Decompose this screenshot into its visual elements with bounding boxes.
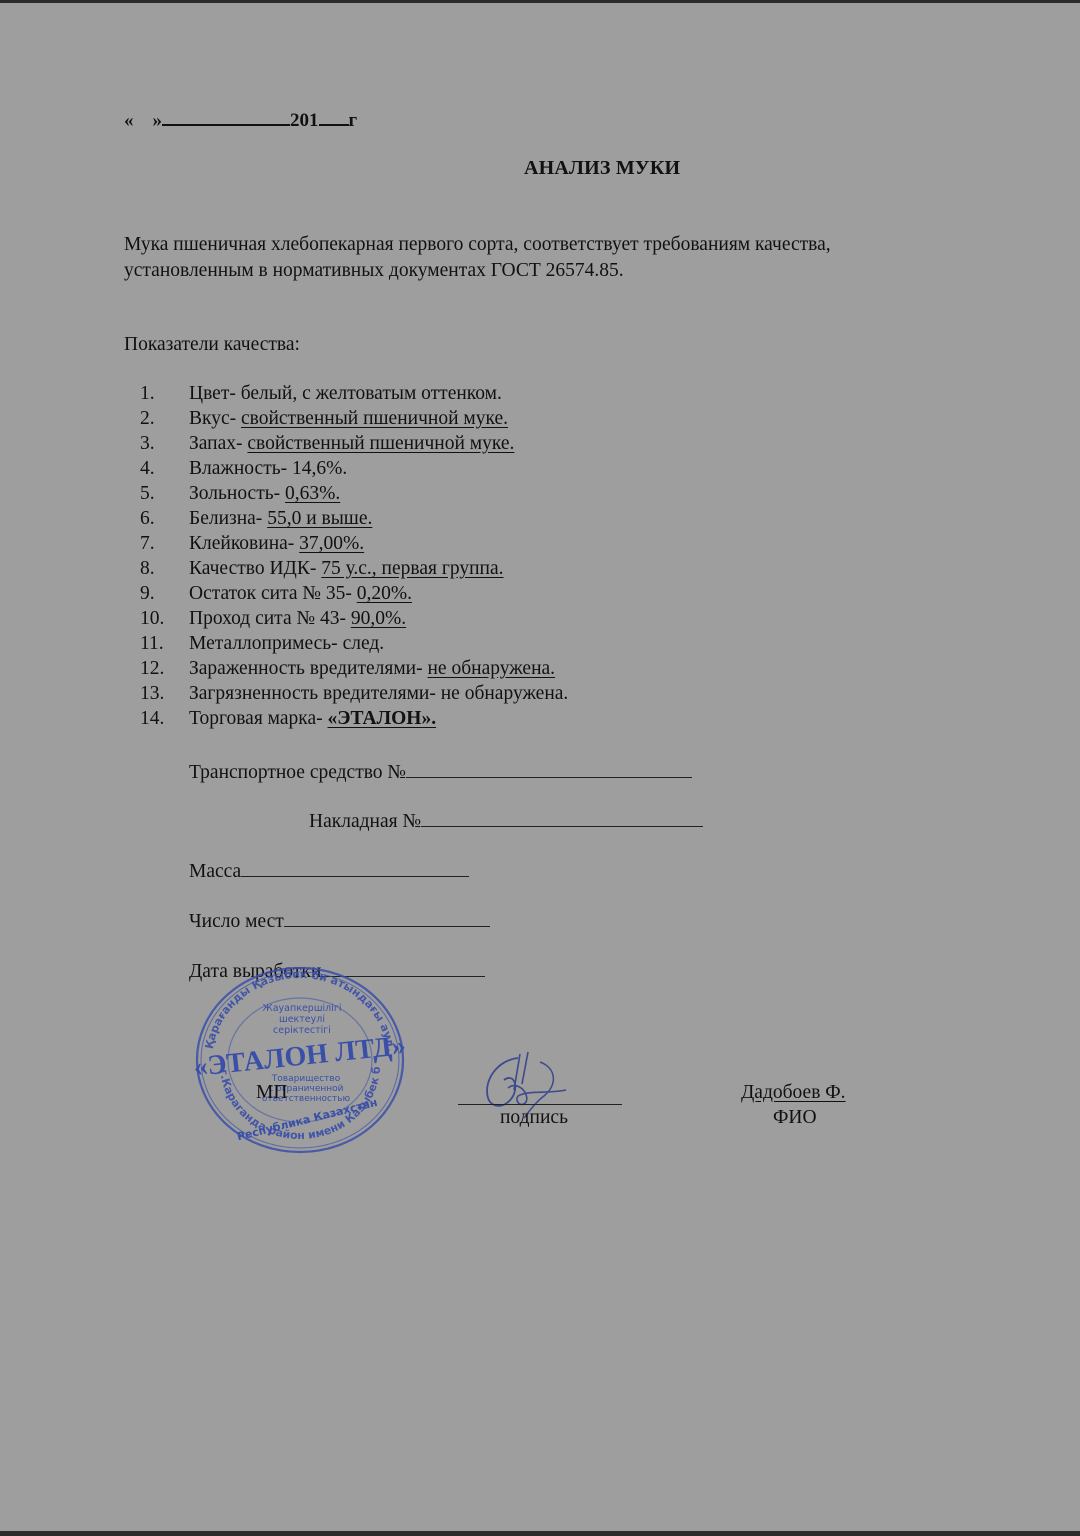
- invoice-field: Накладная №: [309, 809, 703, 833]
- signer-name: Дадобоев Ф.: [741, 1082, 846, 1104]
- date-blank: [162, 108, 290, 126]
- indicator-item: 5.Зольность- 0,63%.: [140, 481, 568, 506]
- signer-name-caption: ФИО: [773, 1107, 817, 1129]
- indicator-item: 8.Качество ИДК- 75 у.с., первая группа.: [140, 556, 568, 581]
- date-year-prefix: 201: [290, 110, 319, 131]
- svg-text:шектеулі: шектеулі: [279, 1014, 325, 1025]
- indicator-item: 6.Белизна- 55,0 и выше.: [140, 506, 568, 531]
- indicator-item: 2.Вкус- свойственный пшеничной муке.: [140, 406, 568, 431]
- indicator-item: 3.Запах- свойственный пшеничной муке.: [140, 431, 568, 456]
- indicator-item: 14.Торговая марка- «ЭТАЛОН».: [140, 706, 568, 731]
- mass-field: Масса: [189, 859, 469, 883]
- indicator-item: 13.Загрязненность вредителями- не обнару…: [140, 681, 568, 706]
- invoice-blank: [421, 809, 703, 827]
- svg-text:Жауапкершілігі: Жауапкершілігі: [263, 1003, 342, 1014]
- signature-line: [458, 1104, 622, 1105]
- indicator-item: 10.Проход сита № 43- 90,0%.: [140, 606, 568, 631]
- date-close-quote: »: [153, 110, 163, 131]
- invoice-label: Накладная №: [309, 811, 421, 832]
- indicator-item: 7.Клейковина- 37,00%.: [140, 531, 568, 556]
- mass-blank: [241, 859, 469, 877]
- mass-label: Масса: [189, 861, 241, 882]
- transport-blank-1: [406, 760, 506, 778]
- indicator-item: 11.Металлопримесь- след.: [140, 631, 568, 656]
- indicator-item: 9.Остаток сита № 35- 0,20%.: [140, 581, 568, 606]
- places-blank: [284, 909, 490, 927]
- places-label: Число мест: [189, 911, 284, 932]
- trademark-value: «ЭТАЛОН».: [327, 708, 436, 729]
- indicator-item: 12.Зараженность вредителями- не обнаруже…: [140, 656, 568, 681]
- seal-place-label: МП: [256, 1082, 287, 1104]
- year-blank: [319, 108, 349, 126]
- company-stamp-icon: Қарағанды Қазыбек би атындағы ауд. г.Кар…: [190, 965, 410, 1155]
- transport-blank-2: [506, 760, 692, 778]
- indicators-heading: Показатели качества:: [124, 334, 300, 356]
- top-frame-strip: [0, 0, 1080, 3]
- places-field: Число мест: [189, 909, 490, 933]
- indicator-item: 4.Влажность- 14,6%.: [140, 456, 568, 481]
- intro-paragraph: Мука пшеничная хлебопекарная первого сор…: [124, 232, 964, 284]
- document-title: АНАЛИЗ МУКИ: [524, 157, 680, 180]
- date-suffix: г: [349, 110, 358, 131]
- signature-caption: подпись: [500, 1107, 568, 1129]
- date-line: « »201г: [124, 108, 357, 132]
- bottom-frame-strip: [0, 1531, 1080, 1536]
- indicator-item: 1.Цвет- белый, с желтоватым оттенком.: [140, 381, 568, 406]
- svg-text:серіктестігі: серіктестігі: [273, 1025, 331, 1036]
- date-open-quote: «: [124, 110, 134, 131]
- transport-label: Транспортное средство №: [189, 762, 406, 783]
- indicators-list: 1.Цвет- белый, с желтоватым оттенком. 2.…: [140, 381, 568, 731]
- transport-field: Транспортное средство №: [189, 760, 692, 784]
